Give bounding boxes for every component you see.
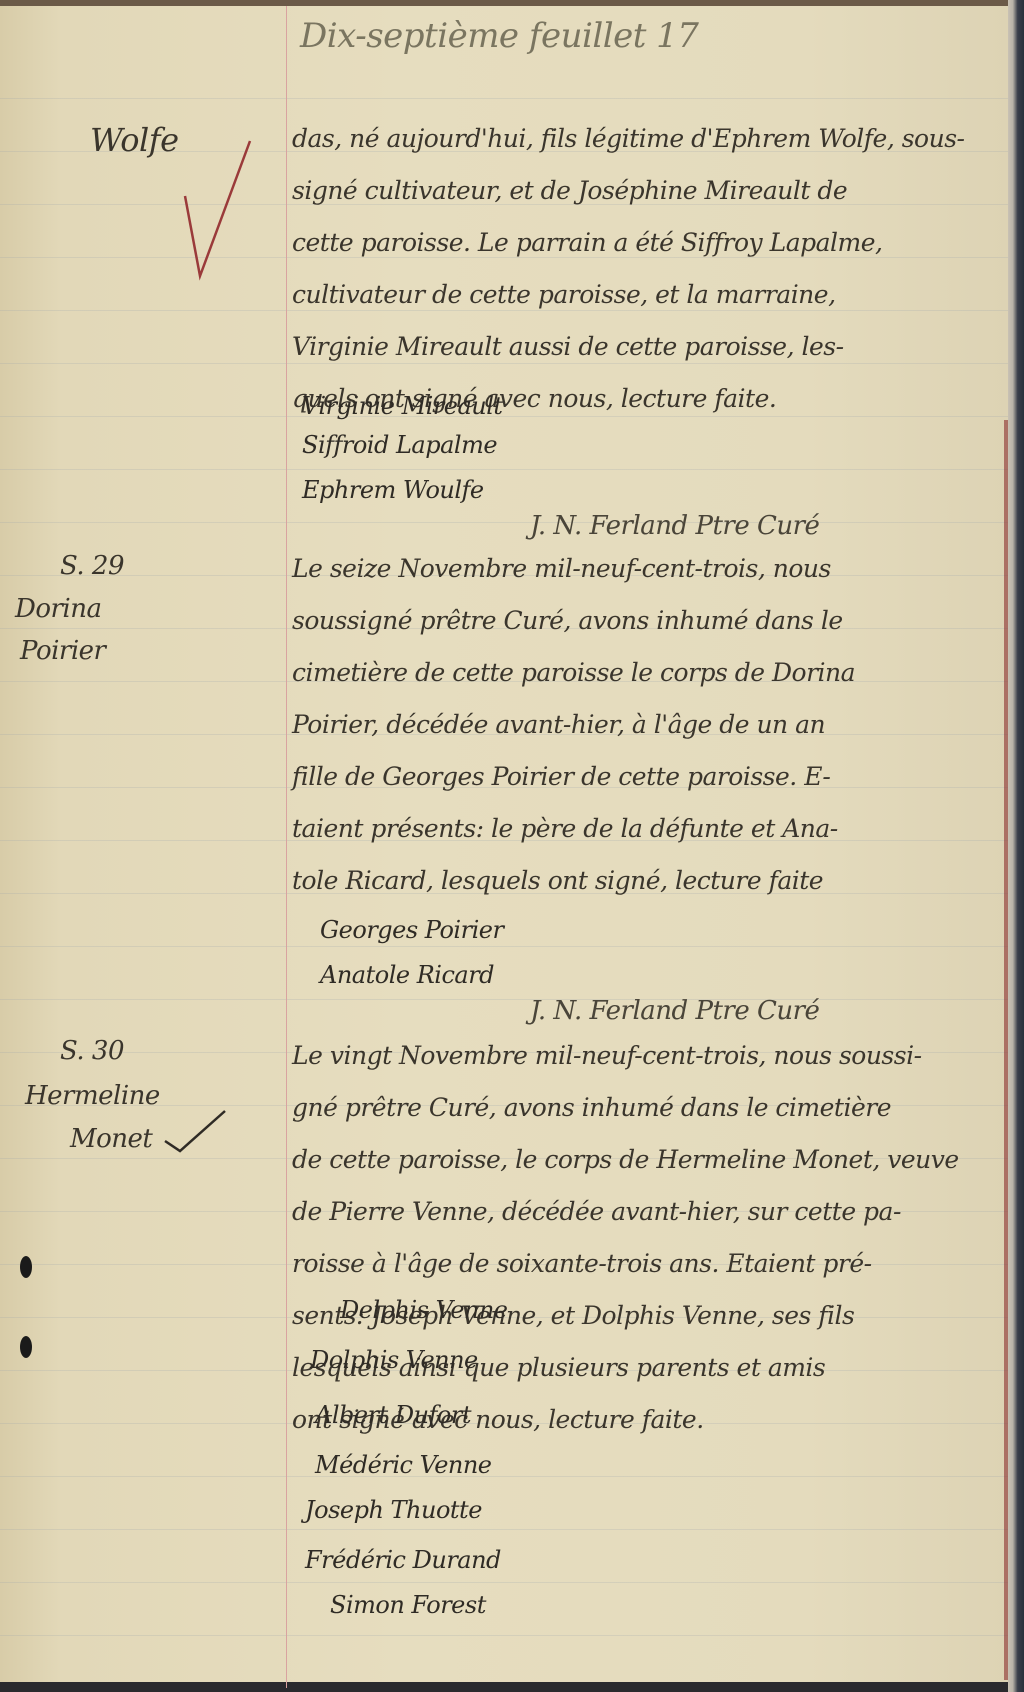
signature: Siffroid Lapalme	[302, 431, 497, 459]
entry-line: taient présents: le père de la défunte e…	[292, 814, 838, 843]
signature: Joseph Thuotte	[305, 1496, 482, 1524]
margin-name: Dorina	[15, 594, 102, 624]
signature: Médéric Venne	[315, 1451, 492, 1479]
entry-line: tole Ricard, lesquels ont signé, lecture…	[292, 866, 823, 895]
entry-line: signé cultivateur, et de Joséphine Mirea…	[292, 176, 847, 205]
signature: Delphis Venne	[340, 1296, 508, 1324]
margin-record-number: S. 30	[60, 1036, 124, 1066]
signature: Simon Forest	[330, 1591, 486, 1619]
signature: Ephrem Woulfe	[302, 476, 484, 504]
signature: Georges Poirier	[320, 916, 503, 944]
entry-line: cimetière de cette paroisse le corps de …	[292, 658, 855, 687]
entry-line: Poirier, décédée avant-hier, à l'âge de …	[292, 710, 825, 739]
entry-line: Virginie Mireault aussi de cette paroiss…	[292, 332, 844, 361]
margin-rule	[286, 6, 287, 1688]
entry-line: gné prêtre Curé, avons inhumé dans le ci…	[292, 1093, 891, 1122]
signature: Dolphis Venne	[310, 1346, 478, 1374]
signature: Frédéric Durand	[305, 1546, 501, 1574]
entry-line: Le seize Novembre mil-neuf-cent-trois, n…	[292, 554, 831, 583]
register-page: Dix-septième feuillet 17 Wolfe das, né a…	[0, 0, 1008, 1682]
checkmark-icon	[160, 1106, 230, 1156]
entry-line: Le vingt Novembre mil-neuf-cent-trois, n…	[292, 1041, 922, 1070]
priest-signature: J. N. Ferland Ptre Curé	[530, 511, 819, 541]
entry-line: de Pierre Venne, décédée avant-hier, sur…	[292, 1197, 901, 1226]
signature: Anatole Ricard	[320, 961, 494, 989]
entry-line: roisse à l'âge de soixante-trois ans. Et…	[292, 1249, 872, 1278]
entry-line: das, né aujourd'hui, fils légitime d'Eph…	[292, 124, 964, 153]
margin-name: Wolfe	[90, 121, 179, 159]
page-header: Dix-septième feuillet 17	[300, 16, 698, 56]
signature: Virginie Mireault	[302, 392, 503, 420]
margin-name: Hermeline	[25, 1081, 160, 1111]
signature: Albert Dufort	[315, 1401, 471, 1429]
binder-hole	[20, 1256, 32, 1278]
entry-line: cultivateur de cette paroisse, et la mar…	[292, 280, 836, 309]
entry-line: de cette paroisse, le corps de Hermeline…	[292, 1145, 959, 1174]
margin-name: Poirier	[20, 636, 105, 666]
entry-line: cette paroisse. Le parrain a été Siffroy…	[292, 228, 882, 257]
priest-signature: J. N. Ferland Ptre Curé	[530, 996, 819, 1026]
binder-hole	[20, 1336, 32, 1358]
margin-name: Monet	[70, 1124, 152, 1154]
entry-line: soussigné prêtre Curé, avons inhumé dans…	[292, 606, 843, 635]
entry-line: fille de Georges Poirier de cette parois…	[292, 762, 830, 791]
checkmark-icon	[180, 136, 260, 286]
book-edge	[1008, 0, 1024, 1692]
margin-record-number: S. 29	[60, 551, 124, 581]
